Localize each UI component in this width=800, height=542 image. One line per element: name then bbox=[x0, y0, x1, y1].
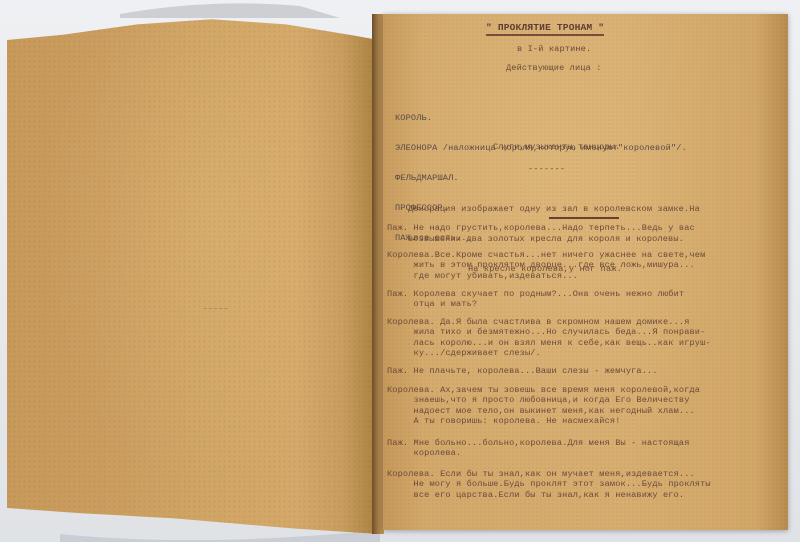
dialogue-line: где могут убивать,издеваться... bbox=[387, 271, 705, 281]
dialogue-line: Паж. Не плачьте, королева...Ваши слезы -… bbox=[387, 366, 658, 376]
right-page: " ПРОКЛЯТИЕ ТРОНАМ " в I-й картине. Дейс… bbox=[383, 14, 788, 530]
scene-label: в I-й картине. bbox=[517, 44, 591, 54]
dialogue-line: все есть... bbox=[387, 233, 695, 243]
dialogue-line: надоест мое тело,он выкинет меня,как нег… bbox=[387, 406, 700, 416]
dialogue-line: Королева. Если бы ты знал,как он мучает … bbox=[387, 469, 711, 479]
section-divider: ------- bbox=[528, 164, 565, 174]
dialogue-line: Не могу я больше.Будь проклят этот замок… bbox=[387, 479, 711, 489]
cast-item: КОРОЛЬ. bbox=[395, 113, 687, 123]
play-title: " ПРОКЛЯТИЕ ТРОНАМ " bbox=[486, 23, 604, 36]
dialogue-speech: Королева. Ах,зачем ты зовешь все время м… bbox=[387, 385, 700, 426]
dialogue-line: Паж. Мне больно...больно,королева.Для ме… bbox=[387, 438, 690, 448]
dialogue-line: Паж. Не надо грустить,королева...Надо те… bbox=[387, 223, 695, 233]
dialogue-line: королева. bbox=[387, 448, 690, 458]
extras-line: Слуги,музыканты,танцоры. bbox=[493, 142, 620, 152]
stage-line: Декорация изображает одну из зал в корол… bbox=[408, 204, 700, 214]
dialogue-line: жила тихо и безмятежно...Но случилась бе… bbox=[387, 327, 711, 337]
underline-rule bbox=[549, 217, 619, 219]
dialogue-speech: Королева.Все.Кроме счастья...нет ничего … bbox=[387, 250, 705, 281]
dialogue-line: Королева.Все.Кроме счастья...нет ничего … bbox=[387, 250, 705, 260]
dialogue-line: все его царства.Если бы ты знал,как я не… bbox=[387, 490, 711, 500]
left-page: ~~~~~ bbox=[7, 14, 379, 534]
dialogue-speech: Паж. Не плачьте, королева...Ваши слезы -… bbox=[387, 366, 658, 376]
dialogue-line: Паж. Королева скучает по родным?...Она о… bbox=[387, 289, 684, 299]
dialogue-speech: Паж. Королева скучает по родным?...Она о… bbox=[387, 289, 684, 310]
cast-item: ФЕЛЬДМАРШАЛ. bbox=[395, 173, 687, 183]
cast-heading: Действующие лица : bbox=[506, 63, 602, 73]
dialogue-line: жить в этом проклятом дворце...где все л… bbox=[387, 260, 705, 270]
dialogue-speech: Королева. Если бы ты знал,как он мучает … bbox=[387, 469, 711, 500]
dialogue-line: А ты говоришь: королева. Не насмехайся! bbox=[387, 416, 700, 426]
dialogue-line: лась королю...и он взял меня к себе,как … bbox=[387, 338, 711, 348]
dialogue-speech: Паж. Мне больно...больно,королева.Для ме… bbox=[387, 438, 690, 459]
dialogue-line: Королева. Да.Я была счастлива в скромном… bbox=[387, 317, 711, 327]
pencil-note: ~~~~~ bbox=[203, 306, 229, 314]
dialogue-speech: Королева. Да.Я была счастлива в скромном… bbox=[387, 317, 711, 358]
dialogue-line: ку.../сдерживает слезы/. bbox=[387, 348, 711, 358]
dialogue-line: отца и мать? bbox=[387, 299, 684, 309]
dialogue-speech: Паж. Не надо грустить,королева...Надо те… bbox=[387, 223, 695, 244]
dialogue-line: знаешь,что я просто любовница,и когда Ег… bbox=[387, 395, 700, 405]
dialogue-line: Королева. Ах,зачем ты зовешь все время м… bbox=[387, 385, 700, 395]
